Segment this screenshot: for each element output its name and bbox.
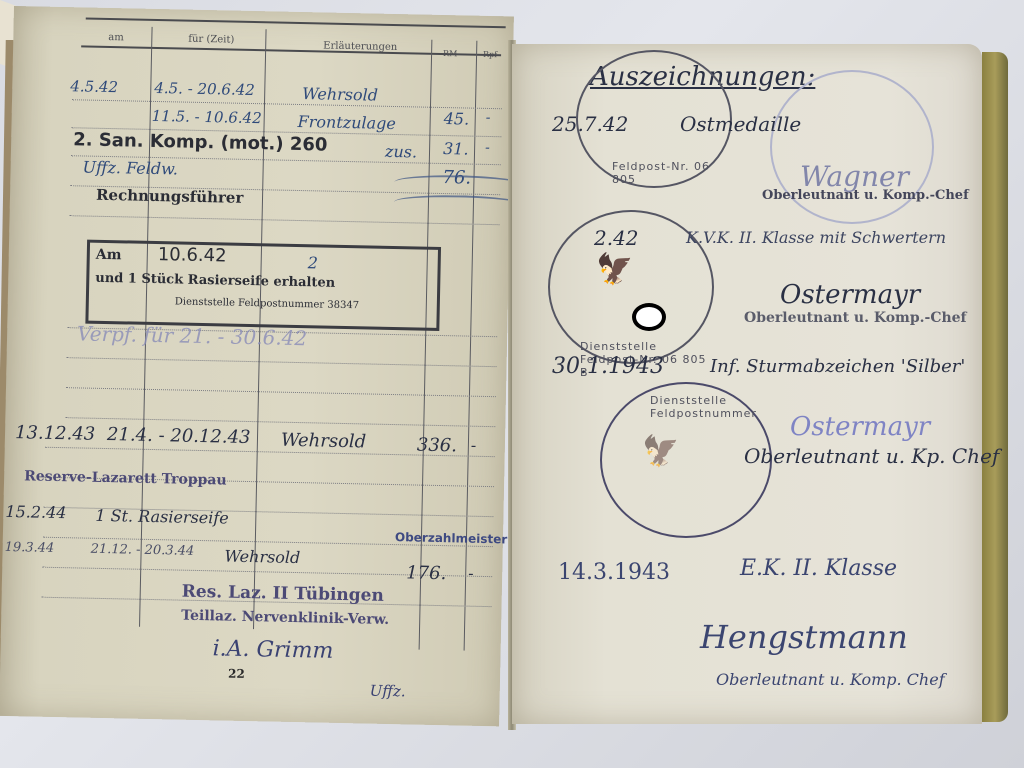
entry-explanation: Wehrsold: [281, 430, 367, 453]
entry-amount-rm: 45.: [444, 109, 470, 129]
receipt-box-stamp: Am 10.6.42 2 und 1 Stück Rasierseife erh…: [85, 240, 441, 331]
signer-title-stamp: Oberleutnant u. Komp.-Chef: [744, 310, 967, 326]
entry-amount-rpf: -: [486, 110, 491, 126]
redaction-dot: [632, 303, 666, 331]
entry-explanation: zus.: [385, 142, 417, 162]
signature: i.A. Grimm: [212, 636, 333, 664]
strike-wave: [394, 194, 524, 213]
hospital-stamp: Reserve-Lazarett Troppau: [24, 468, 227, 488]
entry-date: 15.2.44: [5, 502, 66, 522]
signature: Hengstmann: [700, 618, 908, 656]
entry-amount-rm: 336.: [417, 435, 458, 457]
table-header-rule: [81, 45, 501, 56]
column-divider: [419, 40, 433, 650]
column-header-rpf: Rpf: [483, 50, 497, 59]
box-stamp-prefix: Am: [96, 247, 122, 264]
entry-period: 21.12. - 20.3.44: [90, 542, 194, 559]
unit-stamp: 2. San. Komp. (mot.) 260: [73, 129, 328, 155]
faint-pencil-entry: Verpf. für 21. - 30.6.42: [77, 321, 307, 350]
award-name: E.K. II. Klasse: [740, 556, 897, 581]
entry-amount-rpf: -: [468, 564, 474, 583]
book-cover-right-edge: [982, 52, 1008, 722]
column-header-am: am: [108, 32, 124, 43]
column-header-fuer-zeit: für (Zeit): [188, 34, 234, 46]
ruled-line: [66, 387, 496, 397]
award-date: 30.1.1943: [552, 354, 664, 379]
entry-amount-rm: 176.: [406, 562, 447, 584]
table-top-rule: [86, 18, 506, 29]
award-name: Ostmedaille: [680, 112, 801, 136]
box-stamp-date: 10.6.42: [158, 244, 227, 266]
entry-date: 19.3.44: [5, 540, 55, 556]
signature: Ostermayr: [790, 412, 930, 442]
award-date: 2.42: [594, 226, 639, 250]
entry-explanation: Frontzulage: [297, 112, 396, 133]
page-number: 22: [228, 667, 245, 681]
signature-rank: Uffz.: [370, 682, 406, 701]
signer-title-stamp: Oberleutnant u. Komp.-Chef: [762, 188, 969, 203]
stamp-text: Dienststelle Feldpostnummer: [650, 394, 770, 420]
box-stamp-line3: Dienststelle Feldpostnummer 38347: [175, 296, 360, 311]
entry-amount-rpf: -: [485, 140, 490, 156]
role-stamp: Oberzahlmeister: [395, 530, 508, 546]
stamp-text: Feldpost-Nr. 06 805: [612, 160, 730, 186]
signer-title: Oberleutnant u. Kp. Chef: [744, 444, 999, 468]
award-name: K.V.K. II. Klasse mit Schwertern: [686, 228, 946, 247]
entry-date: 13.12.43: [15, 422, 96, 445]
signature: Ostermayr: [780, 280, 920, 310]
entry-period: 4.5. - 20.6.42: [154, 79, 255, 99]
column-header-rm: RM: [443, 49, 457, 58]
entry-explanation: Wehrsold: [302, 84, 378, 105]
eagle-emblem-icon: 🦅: [642, 434, 679, 469]
hospital-stamp-line1: Res. Laz. II Tübingen: [182, 582, 384, 606]
award-date: 14.3.1943: [558, 560, 670, 585]
eagle-emblem-icon: 🦅: [596, 252, 633, 287]
signature: Uffz. Feldw.: [82, 157, 178, 178]
hospital-stamp-line2: Teillaz. Nervenklinik-Verw.: [181, 608, 389, 628]
box-stamp-quantity: 2: [307, 253, 318, 272]
award-name: Inf. Sturmabzeichen 'Silber': [710, 356, 965, 377]
box-stamp-line2: und 1 Stück Rasierseife erhalten: [95, 271, 335, 291]
ruled-line: [72, 99, 502, 109]
strike-wave: [394, 174, 524, 193]
award-date: 25.7.42: [552, 112, 628, 136]
ruled-line: [67, 357, 497, 367]
column-divider: [464, 41, 478, 651]
left-page: am für (Zeit) Erläuterungen RM Rpf 4.5.4…: [0, 6, 514, 726]
entry-amount-rpf: -: [471, 436, 477, 455]
role-stamp: Rechnungsführer: [96, 186, 244, 207]
column-header-erlaeuterungen: Erläuterungen: [323, 40, 397, 53]
entry-date: 4.5.42: [70, 77, 118, 96]
entry-explanation: Wehrsold: [224, 547, 300, 568]
entry-period: 21.4. - 20.12.43: [107, 424, 251, 448]
entry-amount-rm: 31.: [443, 139, 469, 159]
signer-title: Oberleutnant u. Komp. Chef: [716, 670, 945, 689]
entry-period: 1 St. Rasierseife: [95, 506, 229, 528]
ruled-line: [70, 215, 500, 225]
entry-period: 11.5. - 10.6.42: [152, 107, 262, 127]
